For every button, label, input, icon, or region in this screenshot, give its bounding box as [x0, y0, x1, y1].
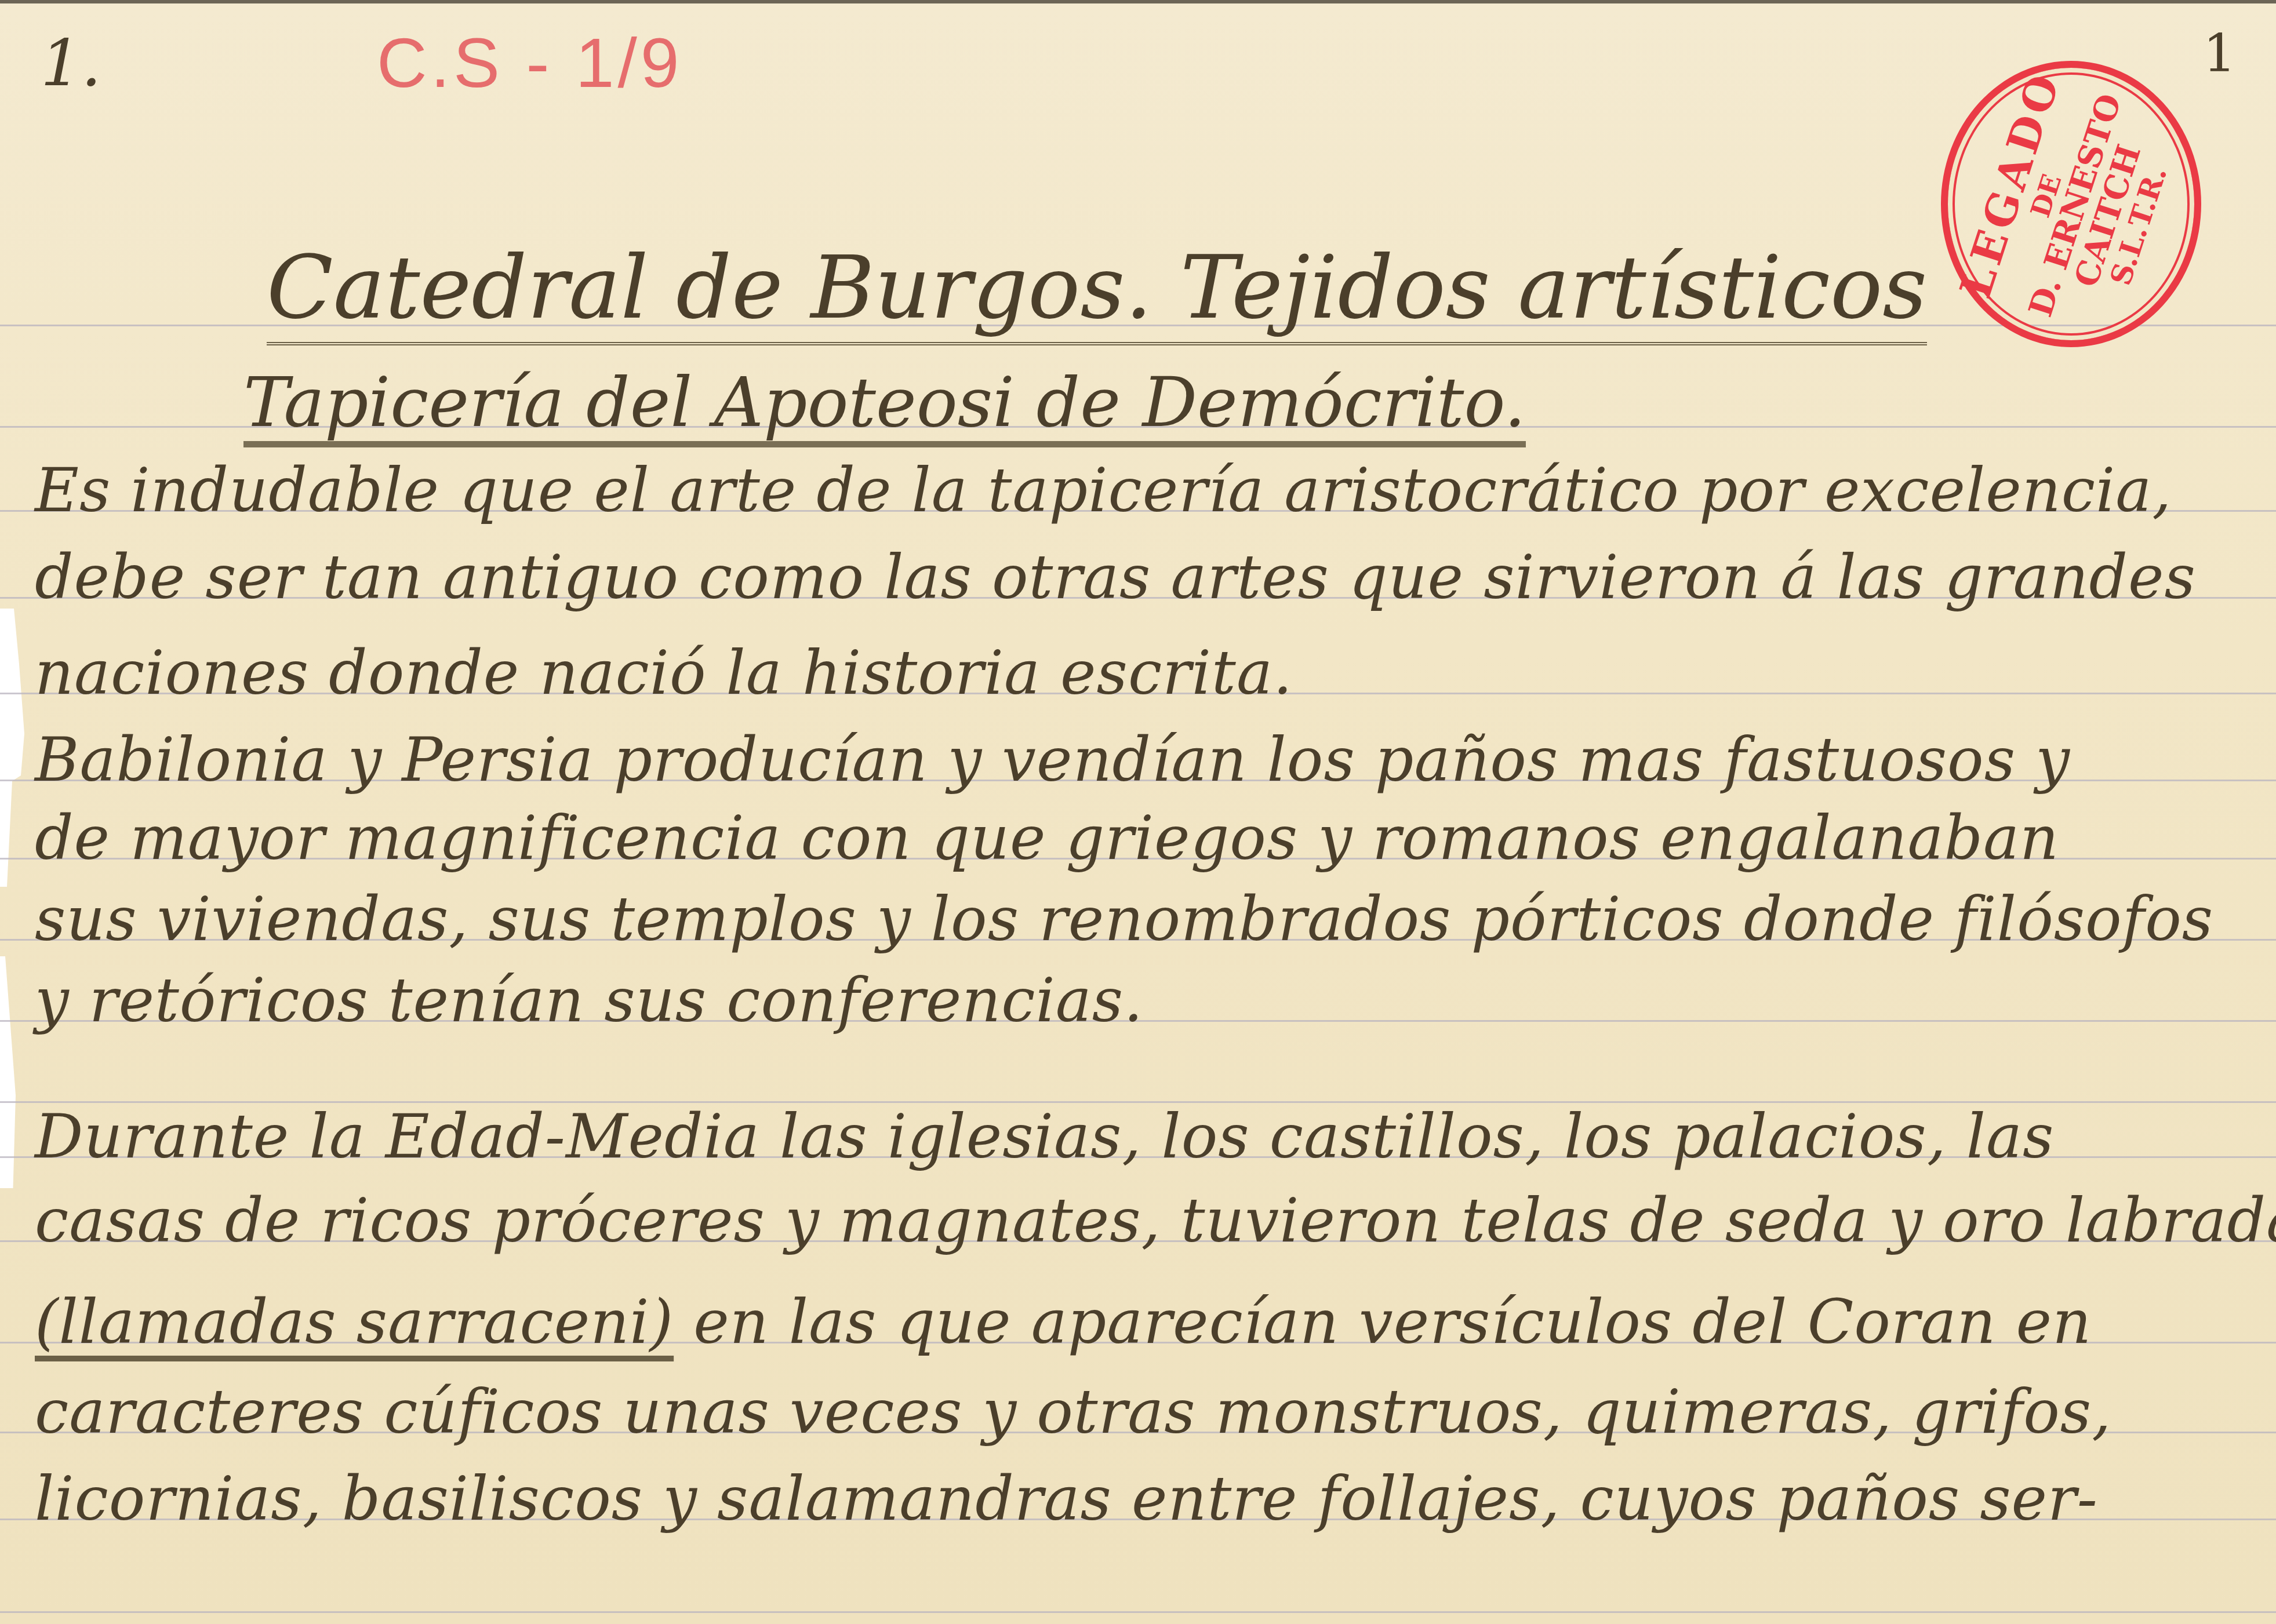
legacy-stamp: LEGADO DE D. ERNESTO CAITCH S.L.T.R. — [1941, 61, 2201, 347]
document-title: Catedral de Burgos. Tejidos artísticos — [267, 238, 1927, 345]
text-line-6: sus viviendas, sus templos y los renombr… — [35, 884, 2213, 955]
text-line-2: debe ser tan antiguo como las otras arte… — [35, 542, 2196, 613]
text-line-10: (llamadas sarraceni) en las que aparecía… — [35, 1287, 2092, 1357]
text-line-10-rest: en las que aparecían versículos del Cora… — [693, 1287, 2092, 1357]
page-number-right: 1 — [2203, 23, 2236, 84]
archive-reference: C.S - 1/9 — [377, 23, 683, 103]
text-line-5: de mayor magnificencia con que griegos y… — [35, 803, 2059, 873]
text-line-9: casas de ricos próceres y magnates, tuvi… — [35, 1185, 2276, 1256]
text-line-8: Durante la Edad-Media las iglesias, los … — [35, 1101, 2054, 1172]
text-line-7: y retóricos tenían sus conferencias. — [35, 965, 1143, 1036]
text-line-4: Babilonia y Persia producían y vendían l… — [35, 724, 2070, 795]
text-line-1: Es indudable que el arte de la tapicería… — [35, 455, 2172, 526]
sarraceni-note: (llamadas sarraceni) — [35, 1287, 674, 1357]
text-line-12: licornias, basiliscos y salamandras entr… — [35, 1463, 2098, 1534]
text-line-3: naciones donde nació la historia escrita… — [35, 638, 1293, 708]
manuscript-page: 1. C.S - 1/9 1 LEGADO DE D. ERNESTO CAIT… — [0, 0, 2276, 1624]
torn-edge — [0, 609, 35, 887]
torn-edge-lower — [0, 956, 26, 1188]
text-line-11: caracteres cúficos unas veces y otras mo… — [35, 1377, 2111, 1447]
ruled-line — [0, 1611, 2276, 1613]
document-subtitle: Tapicería del Apoteosi de Demócrito. — [243, 362, 1526, 442]
page-number-left: 1. — [41, 26, 101, 100]
